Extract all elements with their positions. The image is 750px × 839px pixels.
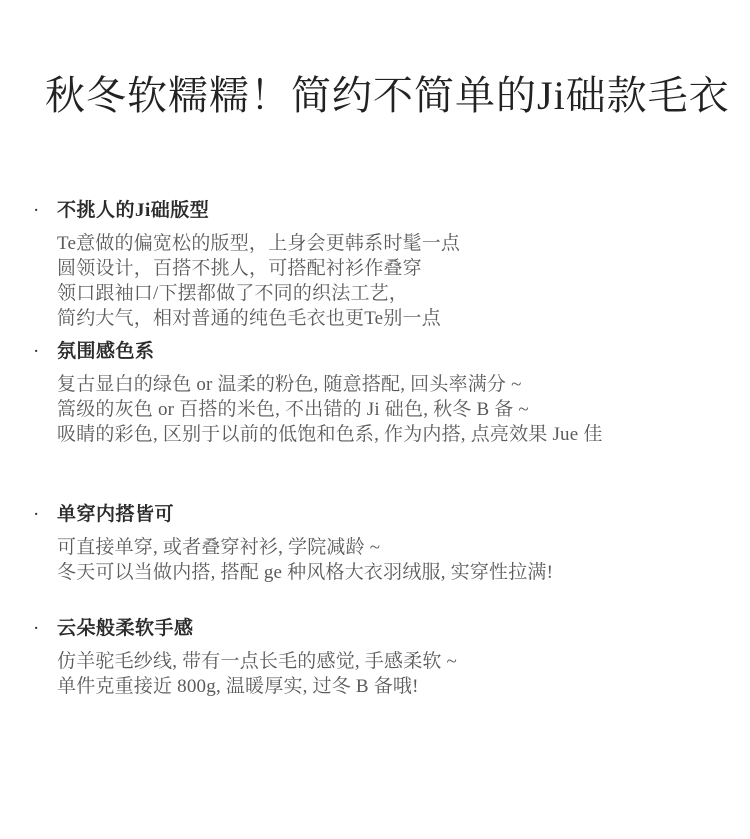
section-heading-row: · 单穿内搭皆可 [0,502,750,528]
body-line: 复古显白的绿色 or 温柔的粉色, 随意搭配, 回头率满分 ~ [57,372,750,397]
section-styling: · 单穿内搭皆可 可直接单穿, 或者叠穿衬衫, 学院减龄 ~ 冬天可以当做内搭,… [0,502,750,585]
bullet-icon: · [33,502,57,528]
section-heading: 不挑人的Ji础版型 [57,198,209,224]
section-body: 可直接单穿, 或者叠穿衬衫, 学院减龄 ~ 冬天可以当做内搭, 搭配 ge 种风… [0,535,750,585]
bullet-icon: · [33,198,57,224]
section-body: 仿羊驼毛纱线, 带有一点长毛的感觉, 手感柔软 ~ 单件克重接近 800g, 温… [0,649,750,699]
section-texture: · 云朵般柔软手感 仿羊驼毛纱线, 带有一点长毛的感觉, 手感柔软 ~ 单件克重… [0,616,750,699]
feature-sections: · 不挑人的Ji础版型 Te意做的偏宽松的版型，上身会更韩系时髦一点 圆领设计，… [0,198,750,699]
body-line: 冬天可以当做内搭, 搭配 ge 种风格大衣羽绒服, 实穿性拉满! [57,560,750,585]
section-heading-row: · 不挑人的Ji础版型 [0,198,750,224]
body-line: 可直接单穿, 或者叠穿衬衫, 学院减龄 ~ [57,535,750,560]
body-line: Te意做的偏宽松的版型，上身会更韩系时髦一点 [57,231,750,256]
body-line: 圆领设计，百搭不挑人，可搭配衬衫作叠穿 [57,256,750,281]
section-heading: 氛围感色系 [57,339,155,365]
body-line: 单件克重接近 800g, 温暖厚实, 过冬 B 备哦! [57,674,750,699]
section-heading-row: · 氛围感色系 [0,339,750,365]
body-line: 吸睛的彩色, 区别于以前的低饱和色系, 作为内搭, 点亮效果 Jue 佳 [57,422,750,447]
section-heading-row: · 云朵般柔软手感 [0,616,750,642]
body-line: 篙级的灰色 or 百搭的米色, 不出错的 Ji 础色, 秋冬 B 备 ~ [57,397,750,422]
page-title: 秋冬软糯糯！简约不简单的Ji础款毛衣 [45,70,730,122]
section-heading: 单穿内搭皆可 [57,502,174,528]
section-body: 复古显白的绿色 or 温柔的粉色, 随意搭配, 回头率满分 ~ 篙级的灰色 or… [0,372,750,447]
body-line: 简约大气，相对普通的纯色毛衣也更Te别一点 [57,306,750,331]
section-body: Te意做的偏宽松的版型，上身会更韩系时髦一点 圆领设计，百搭不挑人，可搭配衬衫作… [0,231,750,331]
section-fit: · 不挑人的Ji础版型 Te意做的偏宽松的版型，上身会更韩系时髦一点 圆领设计，… [0,198,750,331]
bullet-icon: · [33,339,57,365]
section-heading: 云朵般柔软手感 [57,616,194,642]
bullet-icon: · [33,616,57,642]
product-description-page: 秋冬软糯糯！简约不简单的Ji础款毛衣 · 不挑人的Ji础版型 Te意做的偏宽松的… [0,0,750,839]
body-line: 仿羊驼毛纱线, 带有一点长毛的感觉, 手感柔软 ~ [57,649,750,674]
section-colors: · 氛围感色系 复古显白的绿色 or 温柔的粉色, 随意搭配, 回头率满分 ~ … [0,339,750,447]
body-line: 领口跟袖口/下摆都做了不同的织法工艺， [57,281,750,306]
